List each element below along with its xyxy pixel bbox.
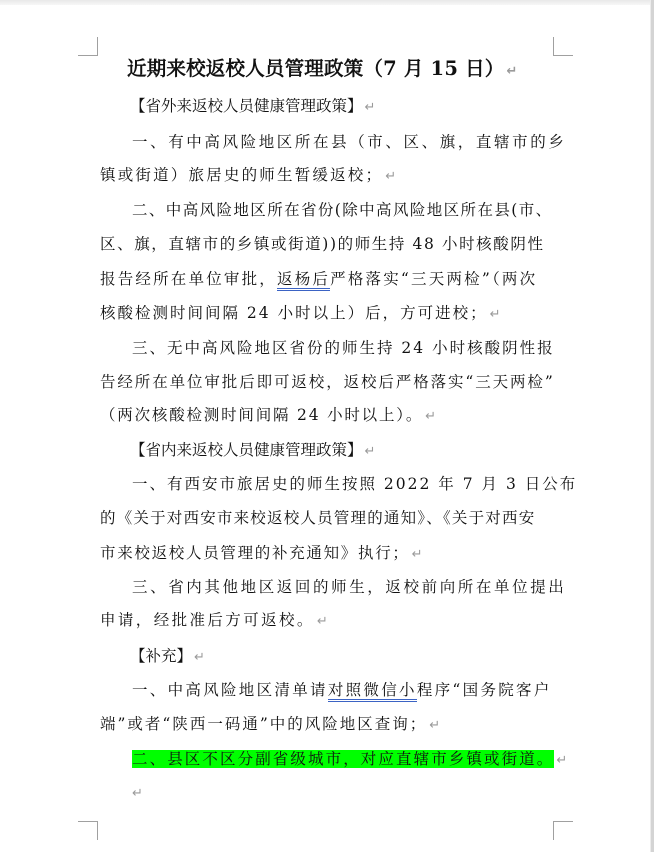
paragraph-mark-icon: ↵ xyxy=(365,100,376,115)
paragraph-mark-icon: ↵ xyxy=(425,409,438,424)
paragraph-mark-icon: ↵ xyxy=(429,718,442,733)
line-text: 端”或者“陕西一码通”中的风险地区查询； xyxy=(100,715,427,733)
crop-mark-bottom-left xyxy=(78,821,98,840)
line-text: 严格落实“三天两检”（两次 xyxy=(330,270,537,288)
section-heading-out-of-province: 【省外来返校人员健康管理政策】↵ xyxy=(130,95,375,119)
section-heading-supplement: 【补充】↵ xyxy=(130,645,205,669)
line-text: 市来校返校人员管理的补充通知》执行； xyxy=(100,544,410,562)
paragraph-line: 区、旗，直辖市的乡镇或街道))的师生持 48 小时核酸阴性 xyxy=(100,233,545,255)
paragraph-line: 二、中高风险地区所在省份(除中高风险地区所在县(市、 xyxy=(132,199,553,221)
heading-text: 【省内来返校人员健康管理政策】 xyxy=(130,441,363,459)
empty-paragraph[interactable]: ↵ xyxy=(132,781,143,805)
spellcheck-underlined-text[interactable]: 对照微信小 xyxy=(328,681,417,702)
line-text: 核酸检测时间间隔 24 小时以上）后，方可进校； xyxy=(100,304,488,322)
vertical-scrollbar[interactable] xyxy=(650,0,654,852)
document-title: 近期来校返校人员管理政策（7 月 15 日）↵ xyxy=(127,58,518,83)
paragraph-mark-icon: ↵ xyxy=(365,444,376,459)
paragraph-line: 申请，经批准后方可返校。↵ xyxy=(100,609,330,633)
paragraph-line: 的《关于对西安市来校返校人员管理的通知》、《关于对西安 xyxy=(100,507,535,529)
paragraph-line: 核酸检测时间间隔 24 小时以上）后，方可进校；↵ xyxy=(100,302,503,326)
crop-mark-top-left xyxy=(78,37,98,56)
crop-mark-bottom-right xyxy=(553,821,573,840)
heading-text: 【补充】 xyxy=(130,647,192,665)
paragraph-mark-icon: ↵ xyxy=(412,547,425,562)
line-text: 镇或街道）旅居史的师生暂缓返校； xyxy=(100,166,383,184)
paragraph-mark-icon: ↵ xyxy=(506,64,517,79)
line-text: 报告经所在单位审批， xyxy=(100,270,277,288)
paragraph-mark-icon: ↵ xyxy=(132,786,143,801)
paragraph-line: 一、有西安市旅居史的师生按照 2022 年 7 月 3 日公布 xyxy=(132,473,577,495)
paragraph-line: 报告经所在单位审批，返杨后严格落实“三天两检”（两次 xyxy=(100,268,537,290)
paragraph-mark-icon: ↵ xyxy=(317,614,330,629)
section-heading-in-province: 【省内来返校人员健康管理政策】↵ xyxy=(130,439,375,463)
paragraph-line: 市来校返校人员管理的补充通知》执行；↵ xyxy=(100,542,424,566)
title-text: 近期来校返校人员管理政策（7 月 15 日） xyxy=(127,57,504,80)
line-text: 申请，经批准后方可返校。 xyxy=(100,611,315,629)
paragraph-line: 端”或者“陕西一码通”中的风险地区查询；↵ xyxy=(100,713,442,737)
paragraph-line: 一、中高风险地区清单请对照微信小程序“国务院客户 xyxy=(132,679,552,701)
window-top-band xyxy=(0,0,654,5)
heading-text: 【省外来返校人员健康管理政策】 xyxy=(130,97,363,115)
paragraph-line: 告经所在单位审批后即可返校，返校后严格落实“三天两检” xyxy=(100,371,555,393)
highlighted-paragraph-line: 二、县区不区分副省级城市，对应直辖市乡镇或街道。↵ xyxy=(132,748,569,772)
paragraph-mark-icon: ↵ xyxy=(556,753,569,768)
line-text: 程序“国务院客户 xyxy=(417,681,552,699)
spellcheck-underlined-text[interactable]: 返杨后 xyxy=(277,270,330,291)
paragraph-line: 一、有中高风险地区所在县（市、区、旗，直辖市的乡 xyxy=(132,131,566,153)
line-text: 一、中高风险地区清单请 xyxy=(132,681,328,699)
line-text: （两次核酸检测时间间隔 24 小时以上）。 xyxy=(100,406,423,424)
paragraph-line: 镇或街道）旅居史的师生暂缓返校；↵ xyxy=(100,164,398,188)
highlighted-text: 二、县区不区分副省级城市，对应直辖市乡镇或街道。 xyxy=(132,750,554,768)
paragraph-mark-icon: ↵ xyxy=(490,307,503,322)
crop-mark-top-right xyxy=(553,37,573,56)
paragraph-line: （两次核酸检测时间间隔 24 小时以上）。↵ xyxy=(100,404,438,428)
paragraph-line: 三、无中高风险地区省份的师生持 24 小时核酸阴性报 xyxy=(132,337,555,359)
paragraph-mark-icon: ↵ xyxy=(385,169,398,184)
paragraph-line: 三、省内其他地区返回的师生，返校前向所在单位提出 xyxy=(132,576,566,598)
paragraph-mark-icon: ↵ xyxy=(194,650,205,665)
